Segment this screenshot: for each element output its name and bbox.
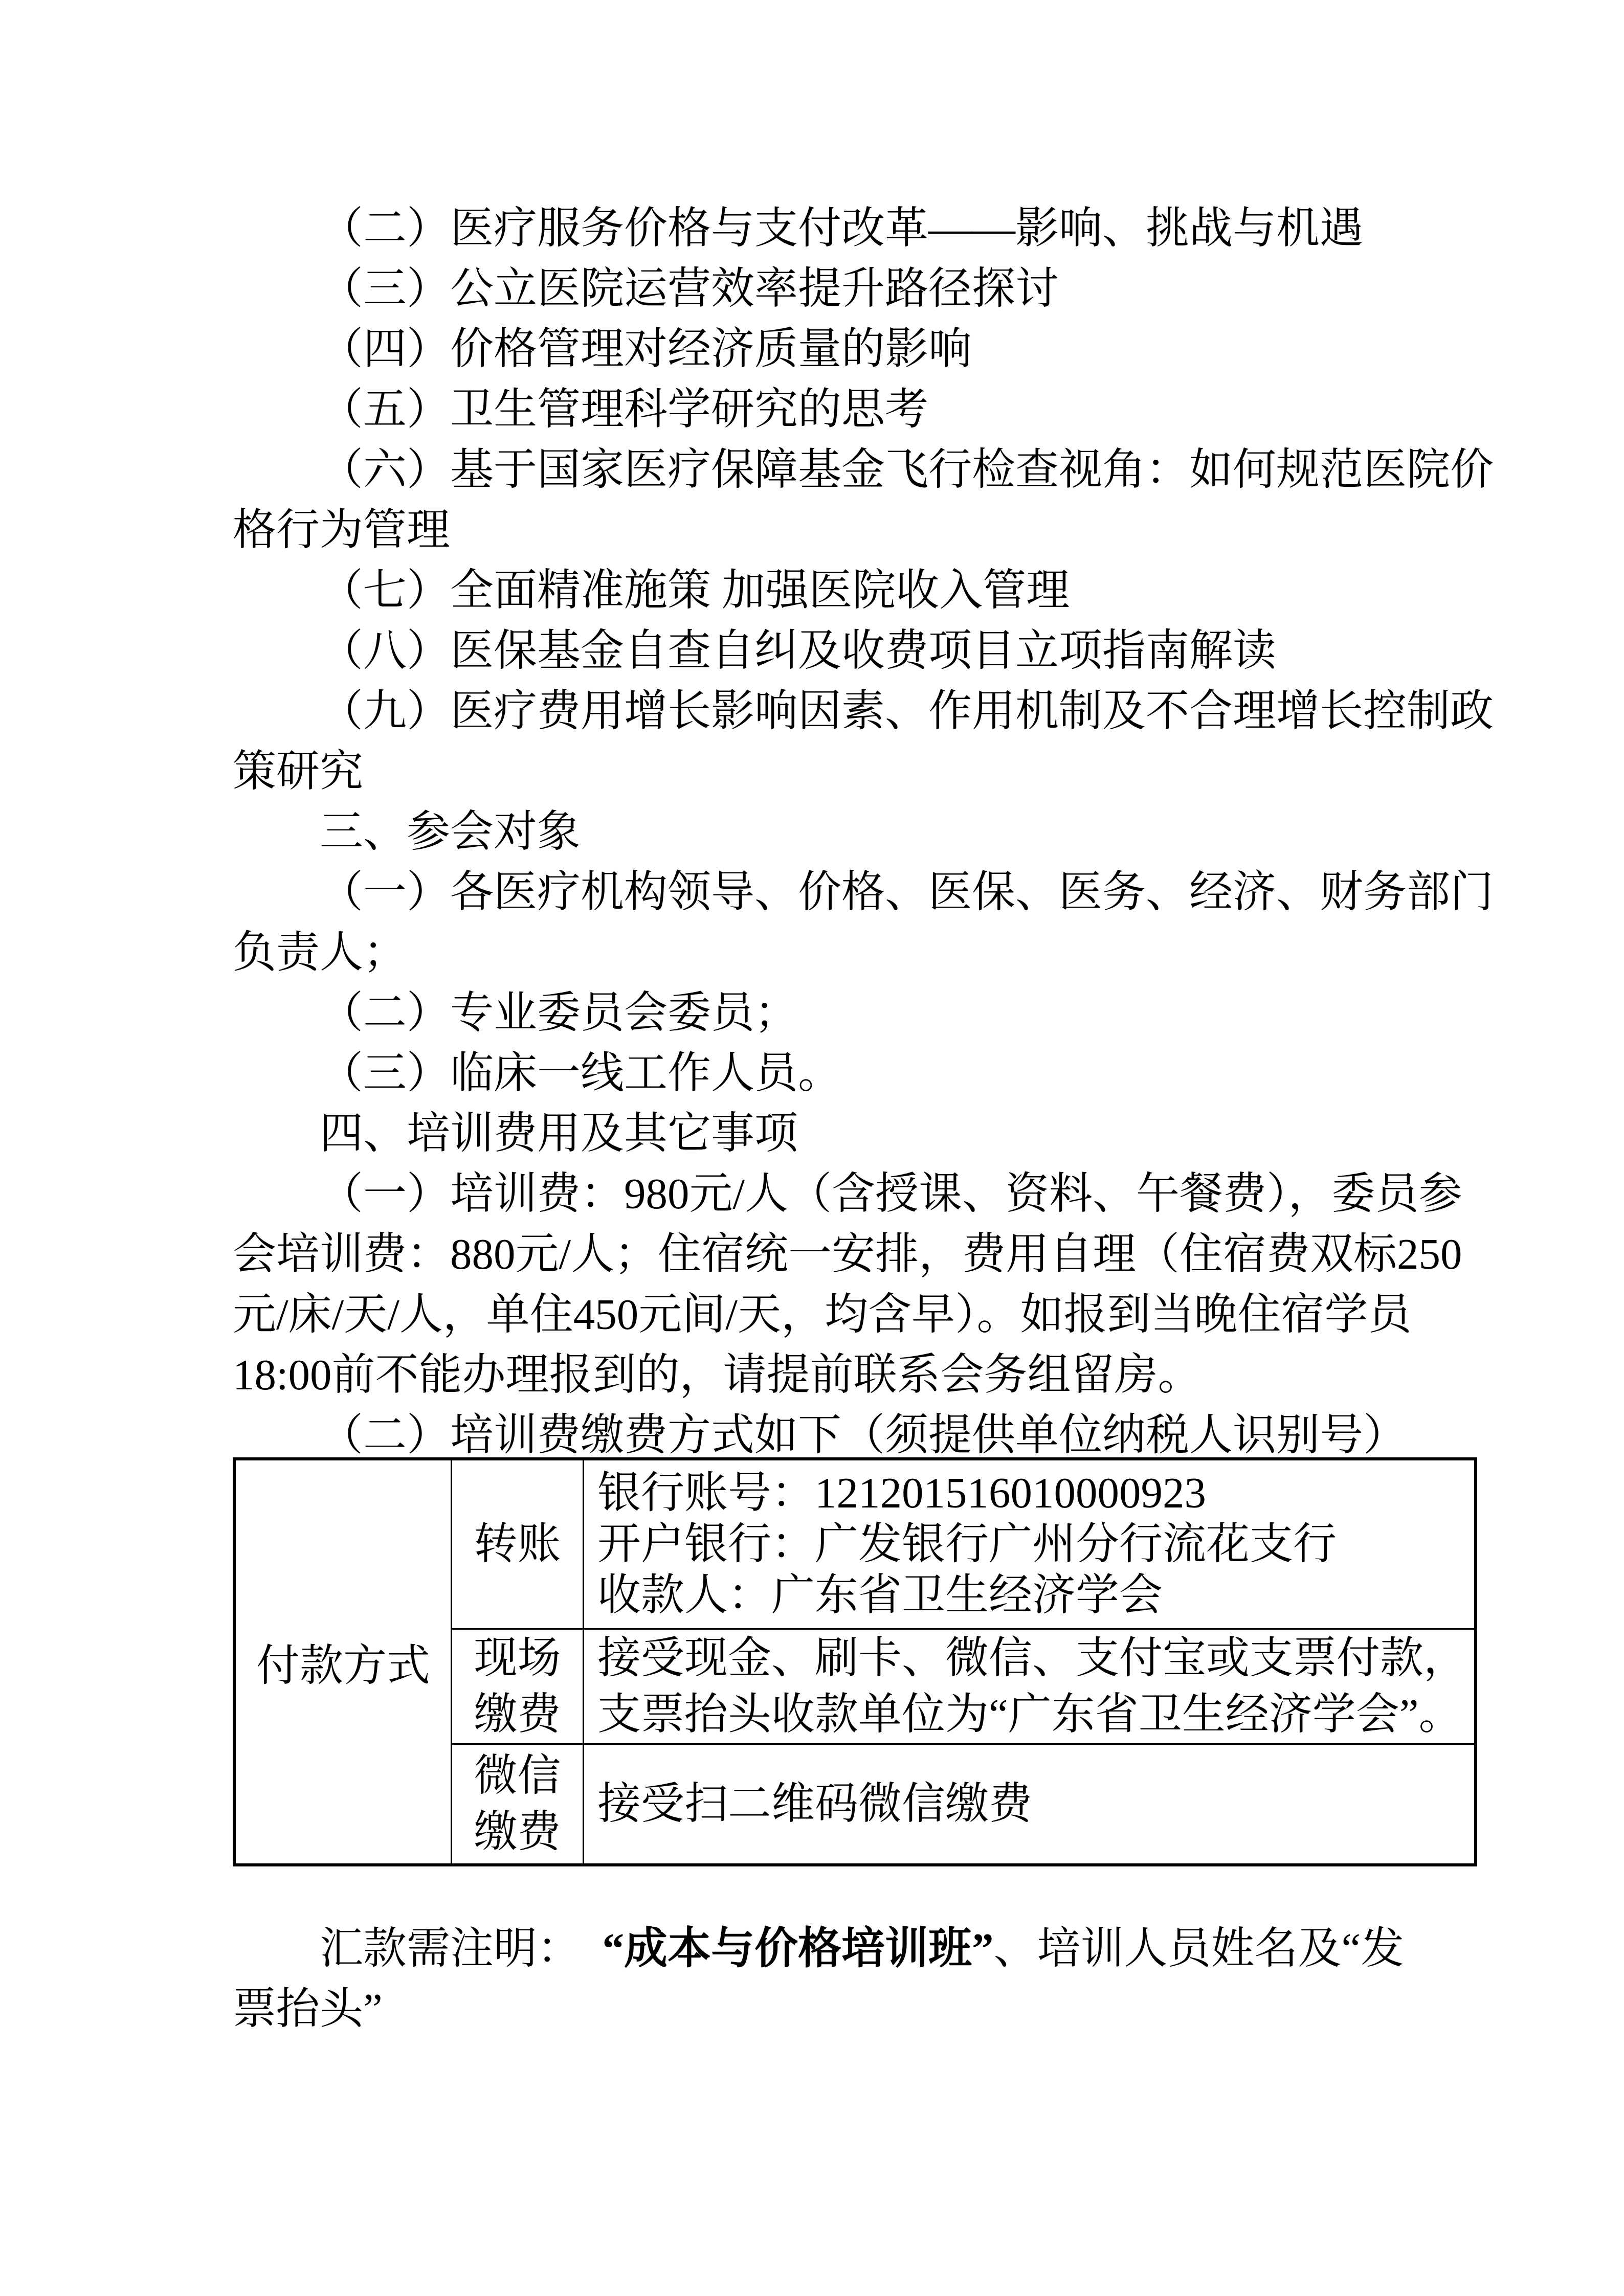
body-line-payment-intro: （二）培训费缴费方式如下（须提供单位纳税人识别号） [233, 1405, 1563, 1466]
payment-method-header-label: 付款方式 [256, 1631, 430, 1693]
body-line-topic-3: （三）公立医院运营效率提升路径探讨 [233, 259, 1563, 319]
body-line-attendees-2: （二）专业委员会委员； [233, 983, 1563, 1043]
transfer-label: 转账 [474, 1516, 561, 1572]
body-line-topic-2: （二）医疗服务价格与支付改革——影响、挑战与机遇 [233, 198, 1563, 259]
body-line-topic-9: （九）医疗费用增长影响因素、作用机制及不合理增长控制政 [233, 681, 1563, 741]
section-heading-attendees: 三、参会对象 [233, 802, 1563, 862]
table-cell-payment-method-header: 付款方式 [236, 1460, 452, 1863]
body-line-topic-6-cont: 格行为管理 [233, 500, 1476, 560]
section-heading-fees: 四、培训费用及其它事项 [233, 1104, 1563, 1164]
onsite-label-line-2: 缴费 [474, 1686, 561, 1743]
onsite-detail-line-1: 接受现金、刷卡、微信、支付宝或支票付款， [597, 1630, 1474, 1686]
table-cell-label-wechat: 微信 缴费 [452, 1745, 584, 1863]
payee-line: 收款人：广东省卫生经济学会 [597, 1570, 1474, 1621]
table-cell-transfer-details: 银行账号：121201516010000923 开户银行：广发银行广州分行流花支… [584, 1460, 1474, 1630]
onsite-detail-line-2: 支票抬头收款单位为“广东省卫生经济学会”。 [597, 1686, 1474, 1743]
payment-methods-table: 付款方式 转账 银行账号：121201516010000923 开户银行：广发银… [233, 1457, 1477, 1866]
remittance-note-line-2: 票抬头” [233, 1979, 1476, 2039]
body-line-attendees-1: （一）各医疗机构领导、价格、医保、医务、经济、财务部门 [233, 862, 1563, 922]
document-page: （二）医疗服务价格与支付改革——影响、挑战与机遇 （三）公立医院运营效率提升路径… [0, 0, 1624, 2296]
body-line-fees-1-cont-c: 18:00前不能办理报到的，请提前联系会务组留房。 [233, 1345, 1476, 1405]
table-cell-onsite-details: 接受现金、刷卡、微信、支付宝或支票付款， 支票抬头收款单位为“广东省卫生经济学会… [584, 1630, 1474, 1745]
wechat-label-line-1: 微信 [474, 1748, 561, 1804]
bank-name-line: 开户银行：广发银行广州分行流花支行 [597, 1519, 1474, 1570]
table-cell-label-transfer: 转账 [452, 1460, 584, 1630]
body-line-topic-5: （五）卫生管理科学研究的思考 [233, 379, 1563, 440]
body-line-attendees-3: （三）临床一线工作人员。 [233, 1043, 1563, 1104]
body-line-topic-7: （七）全面精准施策 加强医院收入管理 [233, 560, 1563, 621]
body-line-topic-8: （八）医保基金自查自纠及收费项目立项指南解读 [233, 621, 1563, 681]
wechat-label-line-2: 缴费 [474, 1804, 561, 1860]
body-line-attendees-1-cont: 负责人； [233, 922, 1476, 983]
body-line-topic-6: （六）基于国家医疗保障基金飞行检查视角：如何规范医院价 [233, 440, 1563, 500]
body-line-fees-1: （一）培训费：980元/人（含授课、资料、午餐费），委员参 [233, 1164, 1563, 1224]
body-line-fees-1-cont-a: 会培训费：880元/人；住宿统一安排，费用自理（住宿费双标250 [233, 1224, 1476, 1285]
body-line-fees-1-cont-b: 元/床/天/人，单住450元间/天，均含早）。如报到当晚住宿学员 [233, 1285, 1476, 1345]
remittance-note-prefix: 汇款需注明： [320, 1925, 603, 1973]
body-line-topic-9-cont: 策研究 [233, 741, 1476, 802]
remittance-note-course-name: “成本与价格培训班” [603, 1925, 994, 1973]
onsite-label-line-1: 现场 [474, 1630, 561, 1686]
body-line-topic-4: （四）价格管理对经济质量的影响 [233, 319, 1563, 379]
wechat-detail-line: 接受扫二维码微信缴费 [597, 1776, 1474, 1832]
table-cell-label-onsite: 现场 缴费 [452, 1630, 584, 1745]
table-cell-wechat-details: 接受扫二维码微信缴费 [584, 1745, 1474, 1863]
remittance-note-suffix: 、培训人员姓名及“发 [994, 1925, 1405, 1973]
remittance-note-line-1: 汇款需注明： “成本与价格培训班”、培训人员姓名及“发 [233, 1919, 1563, 1979]
bank-account-line: 银行账号：121201516010000923 [597, 1468, 1474, 1519]
